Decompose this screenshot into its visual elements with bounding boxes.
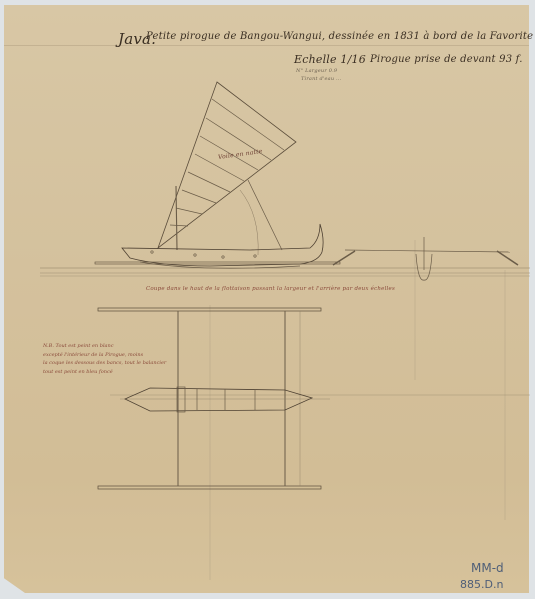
sail [158,82,296,255]
note-line: tout est peint en bleu foncé [43,368,166,377]
pencil-note: N° Largeur 0.9 [296,68,337,74]
document-subtitle: Petite pirogue de Bangou-Wangui, dessiné… [146,31,533,42]
pencil-note: Tirant d'eau ... [301,76,341,82]
color-note: N.B. Tout est peint en blanc excepté l'i… [43,342,166,376]
plan-view [98,308,330,489]
archive-stamp-line2: 885.D.n [460,578,503,591]
note-line: excepté l'intérieur de la Pirogue, moins [43,351,166,360]
rigging-note: Pirogue prise de devant 93 f. [370,54,523,65]
scale-label: Echelle 1/16 [294,53,366,66]
hull-side [95,224,340,268]
note-line: la coque les dessous des bancs, tout le … [43,359,166,368]
boat-drawing [0,0,535,599]
archive-stamp-line1: MM-d [471,561,504,575]
section-caption: Coupe dans le haut de la flottaison pass… [146,286,395,292]
note-line: N.B. Tout est peint en blanc [43,342,166,351]
end-view [333,237,518,280]
